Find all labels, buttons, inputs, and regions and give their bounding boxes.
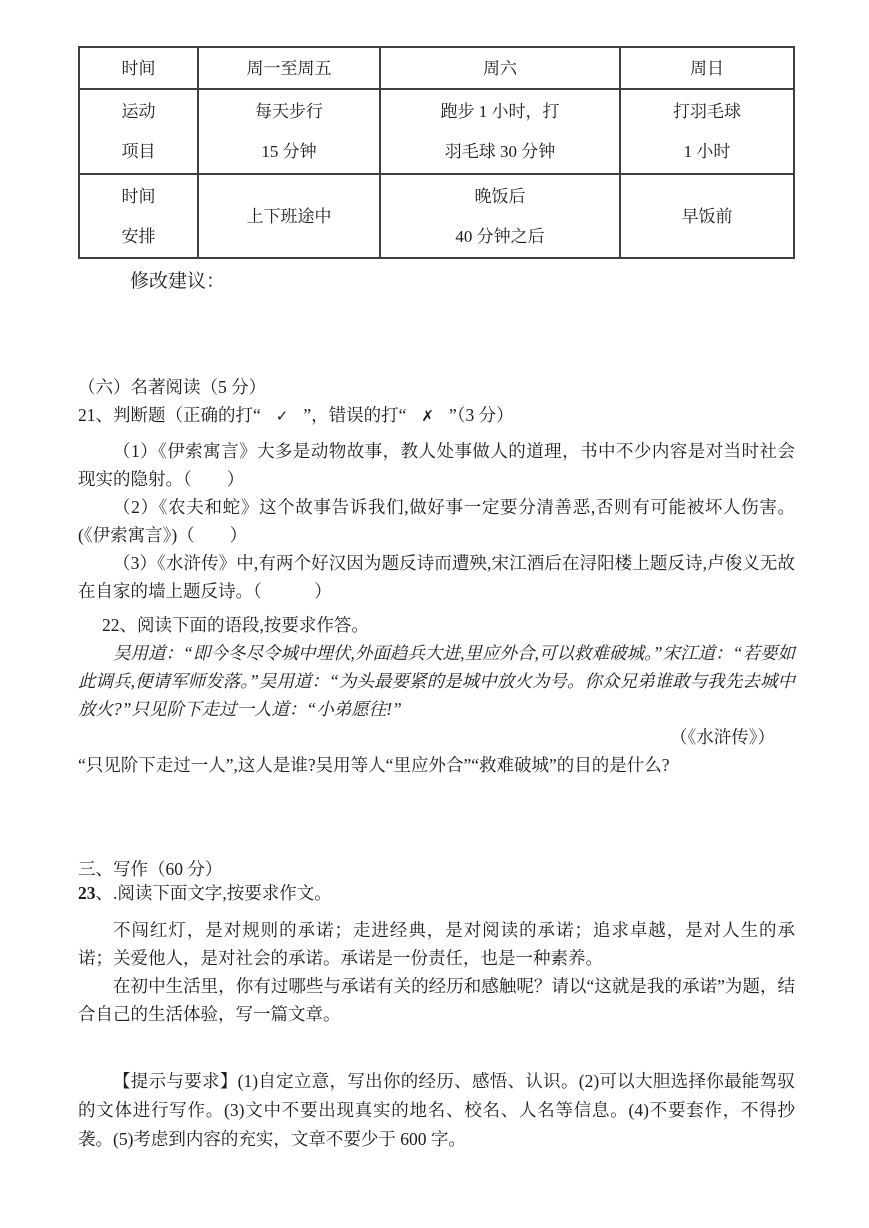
table-row: 运动 项目 每天步行 15 分钟 跑步 1 小时，打 羽毛球 30 分钟 打羽毛… (79, 89, 794, 174)
essay-para-1: 不闯红灯，是对规则的承诺；走进经典，是对阅读的承诺；追求卓越，是对人生的承诺；关… (78, 916, 795, 972)
q23-number: 23 (78, 883, 96, 903)
cell-line: 周六 (483, 58, 517, 79)
cell-line: 15 分钟 (261, 141, 316, 162)
cell-line: 跑步 1 小时，打 (441, 101, 560, 122)
cell-line: 时间 (122, 186, 156, 207)
q21-item-1: （1）《伊索寓言》大多是动物故事，教人处事做人的道理，书中不少内容是对当时社会现… (78, 437, 795, 493)
table-cell: 早饭前 (620, 174, 794, 258)
q23-stem: 23、.阅读下面文字,按要求作文。 (78, 881, 795, 905)
cell-line: 1 小时 (684, 141, 731, 162)
cross-mark-icon: ✗ (406, 407, 449, 425)
revision-suggestion-label: 修改建议： (130, 269, 795, 295)
essay-para-2: 在初中生活里，你有过哪些与承诺有关的经历和感触呢？请以“这就是我的承诺”为题，结… (78, 972, 795, 1028)
table-cell: 周日 (620, 47, 794, 89)
cell-line: 早饭前 (682, 206, 733, 227)
q21-item-3: （3）《水浒传》中,有两个好汉因为题反诗而遭殃,宋江酒后在浔阳楼上题反诗,卢俊义… (78, 549, 795, 605)
q21-item-2: （2）《农夫和蛇》这个故事告诉我们,做好事一定要分清善恶,否则有可能被坏人伤害。… (78, 493, 795, 549)
table-cell: 周一至周五 (198, 47, 380, 89)
table-cell: 上下班途中 (198, 174, 380, 258)
page-content: 时间 周一至周五 周六 周日 运动 项目 每天步行 15 分钟 跑步 1 小时，… (0, 0, 869, 1154)
q21-stem-suffix: ”（3 分） (449, 405, 514, 425)
q21-stem-mid: ”，错误的打“ (303, 405, 406, 425)
table-cell: 打羽毛球 1 小时 (620, 89, 794, 174)
q21-stem-prefix: 21、判断题（正确的打“ (78, 405, 261, 425)
q22-stem: 22、阅读下面的语段,按要求作答。 (102, 613, 795, 637)
q22-attribution: （《水浒传》） (78, 723, 795, 751)
hints-paragraph: 【提示与要求】(1)自定立意，写出你的经历、感悟、认识。(2)可以大胆选择你最能… (78, 1067, 795, 1154)
q23-stem-text: 、.阅读下面文字,按要求作文。 (96, 883, 332, 903)
table-cell: 运动 项目 (79, 89, 198, 174)
cell-line: 晚饭后 (475, 186, 526, 207)
cell-line: 上下班途中 (247, 206, 332, 227)
cell-line: 羽毛球 30 分钟 (445, 141, 556, 162)
cell-line: 项目 (122, 141, 156, 162)
cell-line: 运动 (122, 101, 156, 122)
table-cell: 晚饭后 40 分钟之后 (380, 174, 620, 258)
table-cell: 跑步 1 小时，打 羽毛球 30 分钟 (380, 89, 620, 174)
writing-section-heading: 三、写作（60 分） (78, 857, 795, 881)
cell-line: 周日 (690, 58, 724, 79)
check-mark-icon: ✓ (261, 407, 304, 425)
q21-stem: 21、判断题（正确的打“✓”，错误的打“✗”（3 分） (78, 403, 795, 428)
cell-line: 安排 (122, 226, 156, 247)
cell-line: 打羽毛球 (673, 101, 741, 122)
section-six-heading: （六）名著阅读（5 分） (78, 375, 795, 399)
table-cell: 时间 安排 (79, 174, 198, 258)
cell-line: 时间 (122, 58, 156, 79)
table-row: 时间 安排 上下班途中 晚饭后 40 分钟之后 早饭前 (79, 174, 794, 258)
schedule-table: 时间 周一至周五 周六 周日 运动 项目 每天步行 15 分钟 跑步 1 小时，… (78, 46, 795, 259)
q22-question: “只见阶下走过一人”,这人是谁?吴用等人“里应外合”“救难破城”的目的是什么? (78, 751, 795, 779)
table-cell: 时间 (79, 47, 198, 89)
q22-passage: 吴用道：“即今冬尽令城中埋伏,外面趋兵大进,里应外合,可以救难破城。”宋江道：“… (78, 639, 795, 723)
cell-line: 周一至周五 (247, 58, 332, 79)
cell-line: 40 分钟之后 (455, 226, 544, 247)
cell-line: 每天步行 (255, 101, 323, 122)
table-cell: 每天步行 15 分钟 (198, 89, 380, 174)
exam-page: 时间 周一至周五 周六 周日 运动 项目 每天步行 15 分钟 跑步 1 小时，… (0, 0, 869, 1228)
table-cell: 周六 (380, 47, 620, 89)
table-row: 时间 周一至周五 周六 周日 (79, 47, 794, 89)
